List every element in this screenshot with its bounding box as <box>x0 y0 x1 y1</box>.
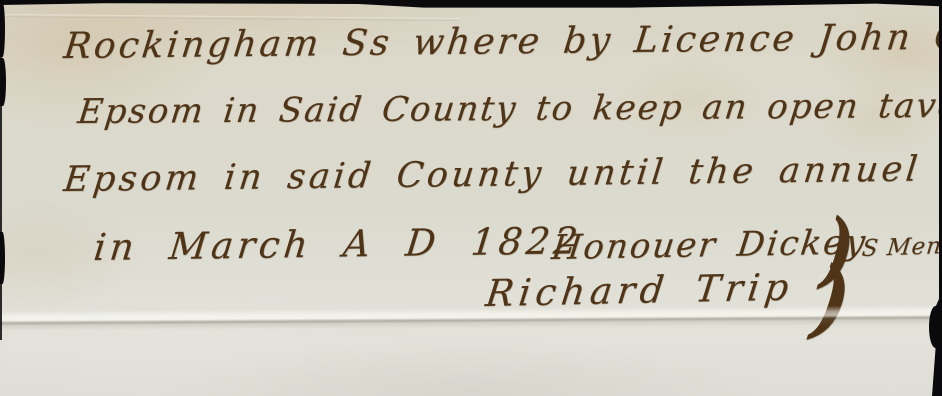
scanned-manuscript: Rockingham Ss where by Licence John Ches… <box>0 0 942 396</box>
manuscript-line-1: Rockingham Ss where by Licence John Ches… <box>62 14 942 67</box>
torn-edge-left-notch <box>0 232 5 284</box>
manuscript-line-2: Epsom in Said County to keep an open tav… <box>76 85 942 132</box>
selectmen-label: S Men <box>861 233 942 262</box>
torn-edge-left-notch <box>0 58 6 106</box>
torn-edge-left-notch <box>0 2 5 57</box>
manuscript-line-3: Epsom in said County until the annuel me… <box>62 147 942 200</box>
paper-crease <box>0 14 460 21</box>
fold-crease <box>0 305 942 331</box>
manuscript-date-line: in March A D 1822 <box>92 219 584 269</box>
torn-edge-right-notch <box>929 306 942 348</box>
paper: Rockingham Ss where by Licence John Ches… <box>0 0 942 396</box>
